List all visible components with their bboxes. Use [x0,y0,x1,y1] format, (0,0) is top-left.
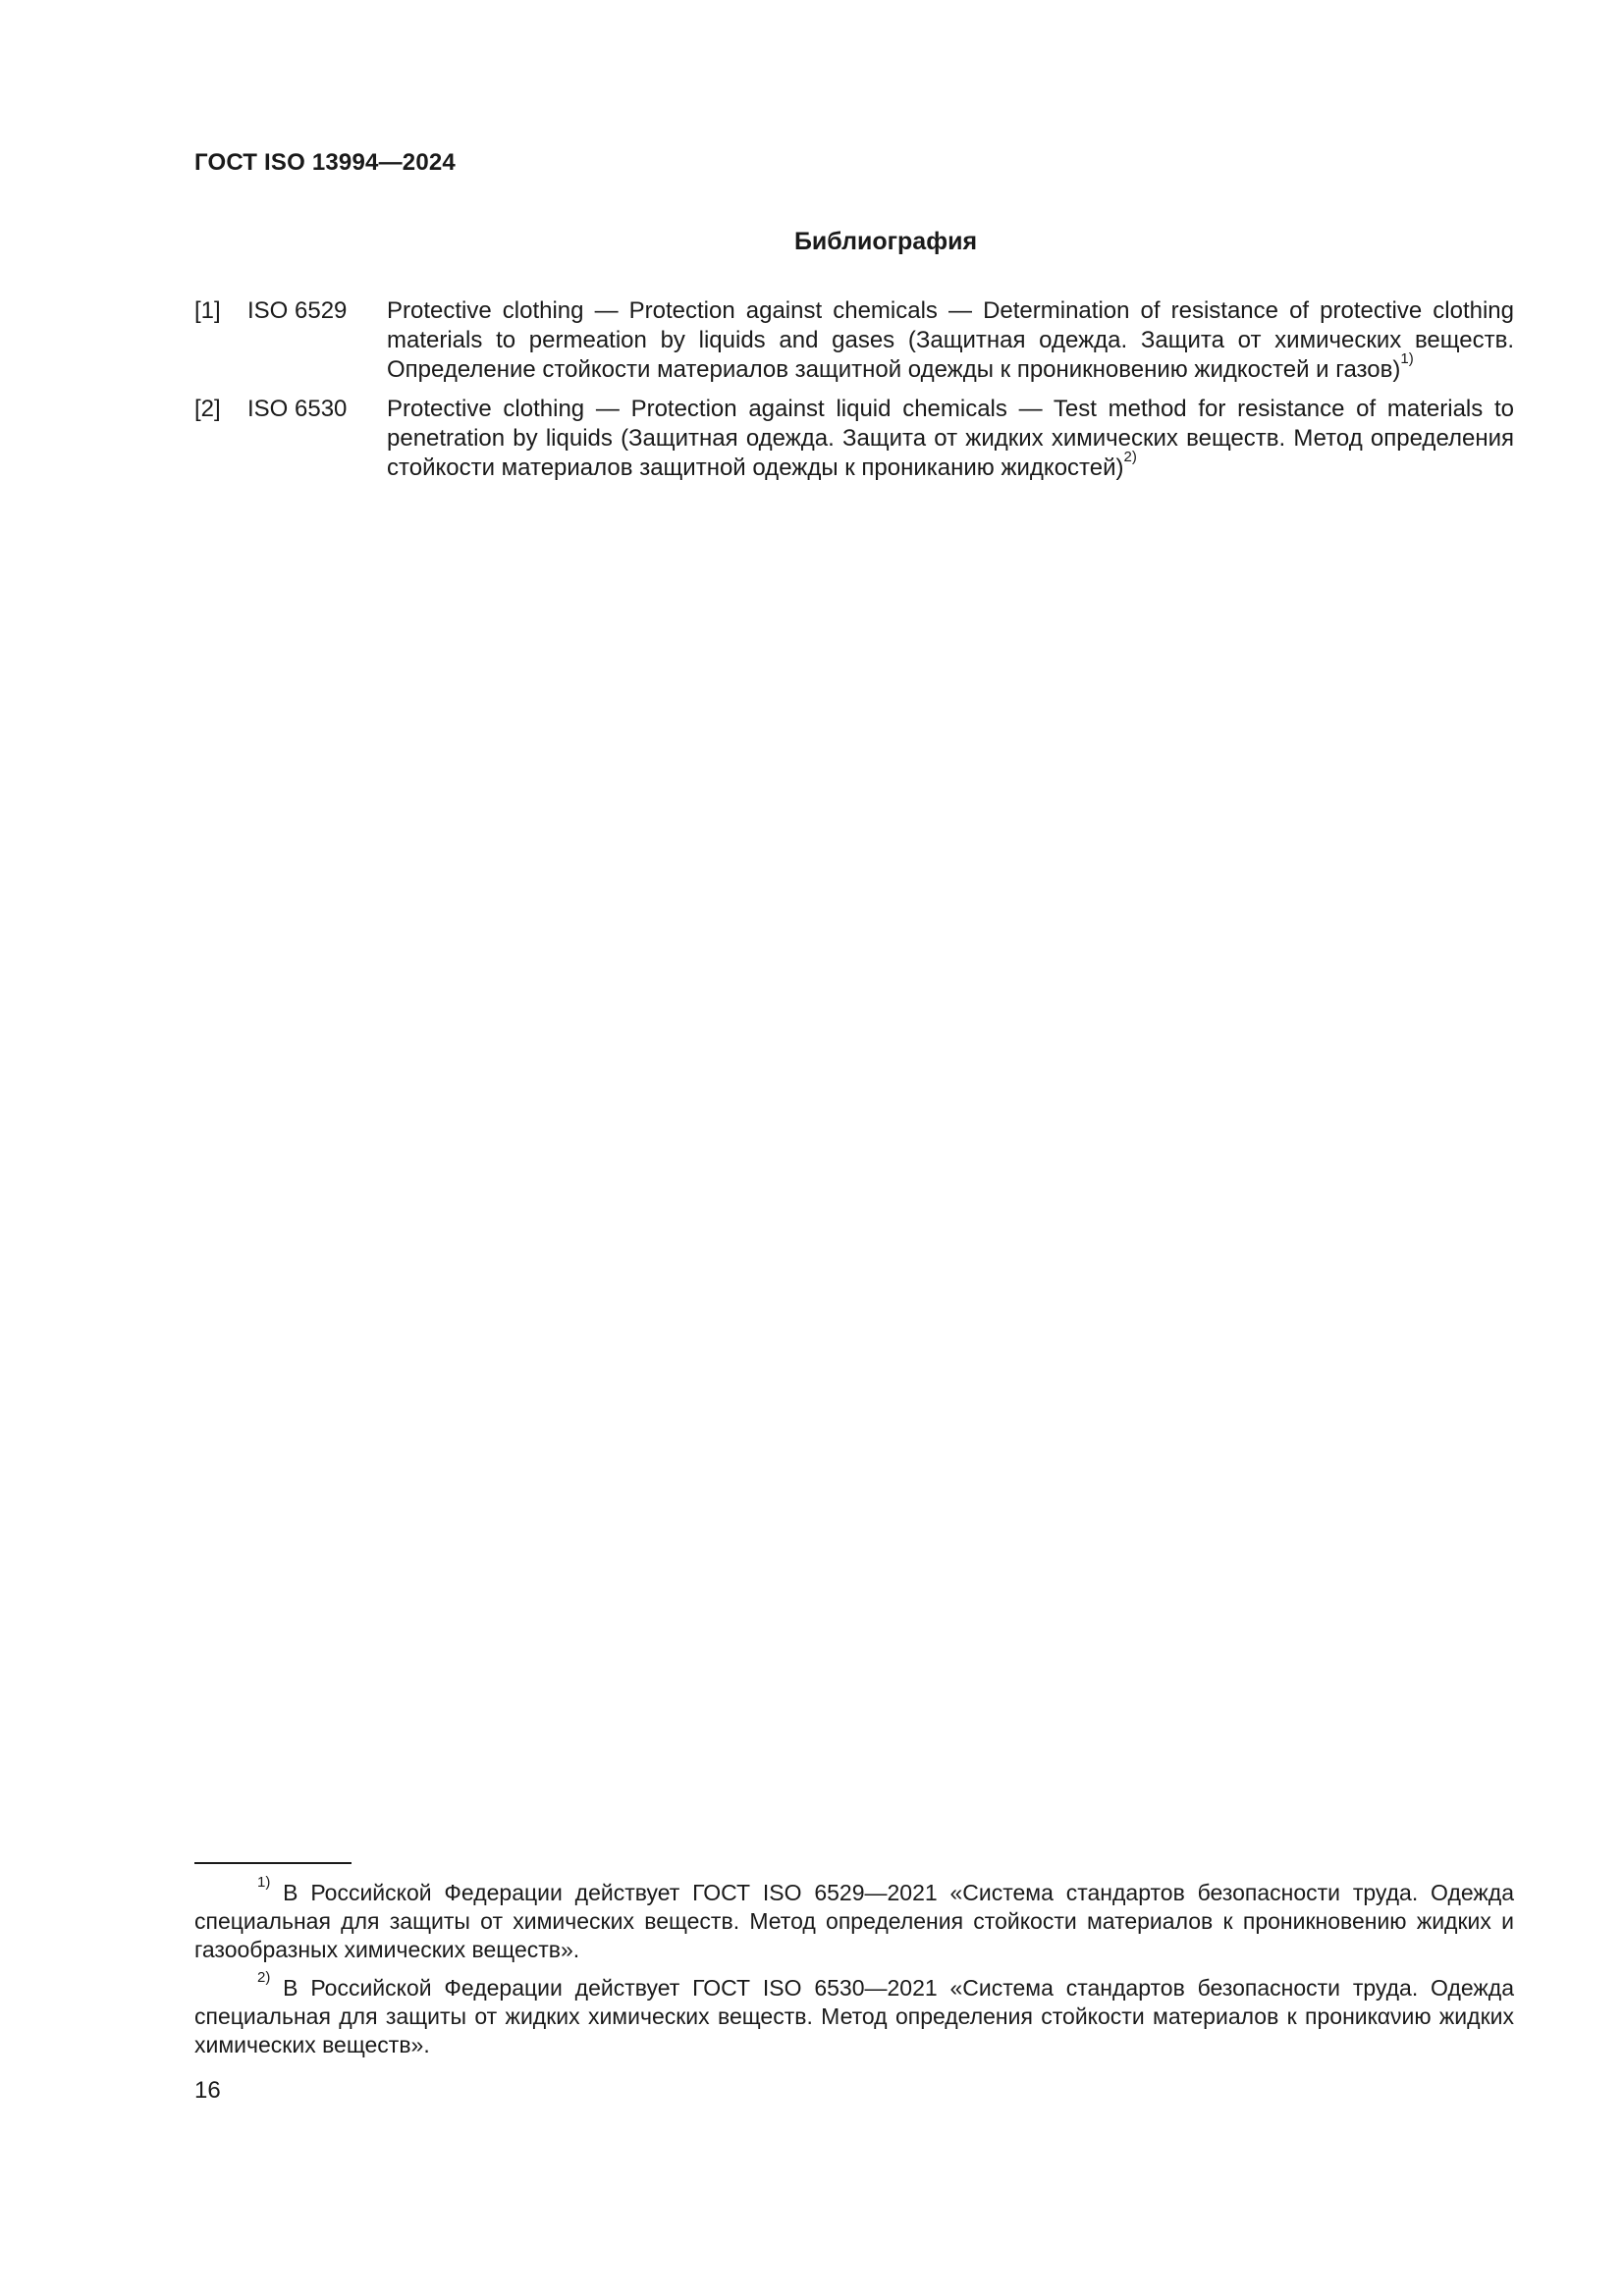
bibliography-entry: [1] ISO 6529 Protective clothing — Prote… [194,296,1514,385]
entry-number: [2] [194,395,247,483]
entry-text: Protective clothing — Protection against… [387,395,1514,483]
footnote-separator [194,1862,352,1864]
bibliography-list: [1] ISO 6529 Protective clothing — Prote… [194,296,1514,493]
page-number: 16 [194,2077,221,2105]
footnote-mark: 2) [257,1969,270,1986]
section-title: Библиография [0,228,1624,256]
footnote: 1) В Российской Федерации действует ГОСТ… [194,1879,1514,1964]
footnotes: 1) В Российской Федерации действует ГОСТ… [194,1879,1514,2069]
footnote-ref[interactable]: 1) [1400,350,1413,367]
entry-code: ISO 6530 [247,395,387,483]
footnote-mark: 1) [257,1874,270,1891]
entry-number: [1] [194,296,247,385]
document-header: ГОСТ ISO 13994—2024 [194,149,456,177]
entry-text: Protective clothing — Protection against… [387,296,1514,385]
footnote: 2) В Российской Федерации действует ГОСТ… [194,1974,1514,2059]
entry-code: ISO 6529 [247,296,387,385]
bibliography-entry: [2] ISO 6530 Protective clothing — Prote… [194,395,1514,483]
footnote-ref[interactable]: 2) [1124,449,1137,465]
